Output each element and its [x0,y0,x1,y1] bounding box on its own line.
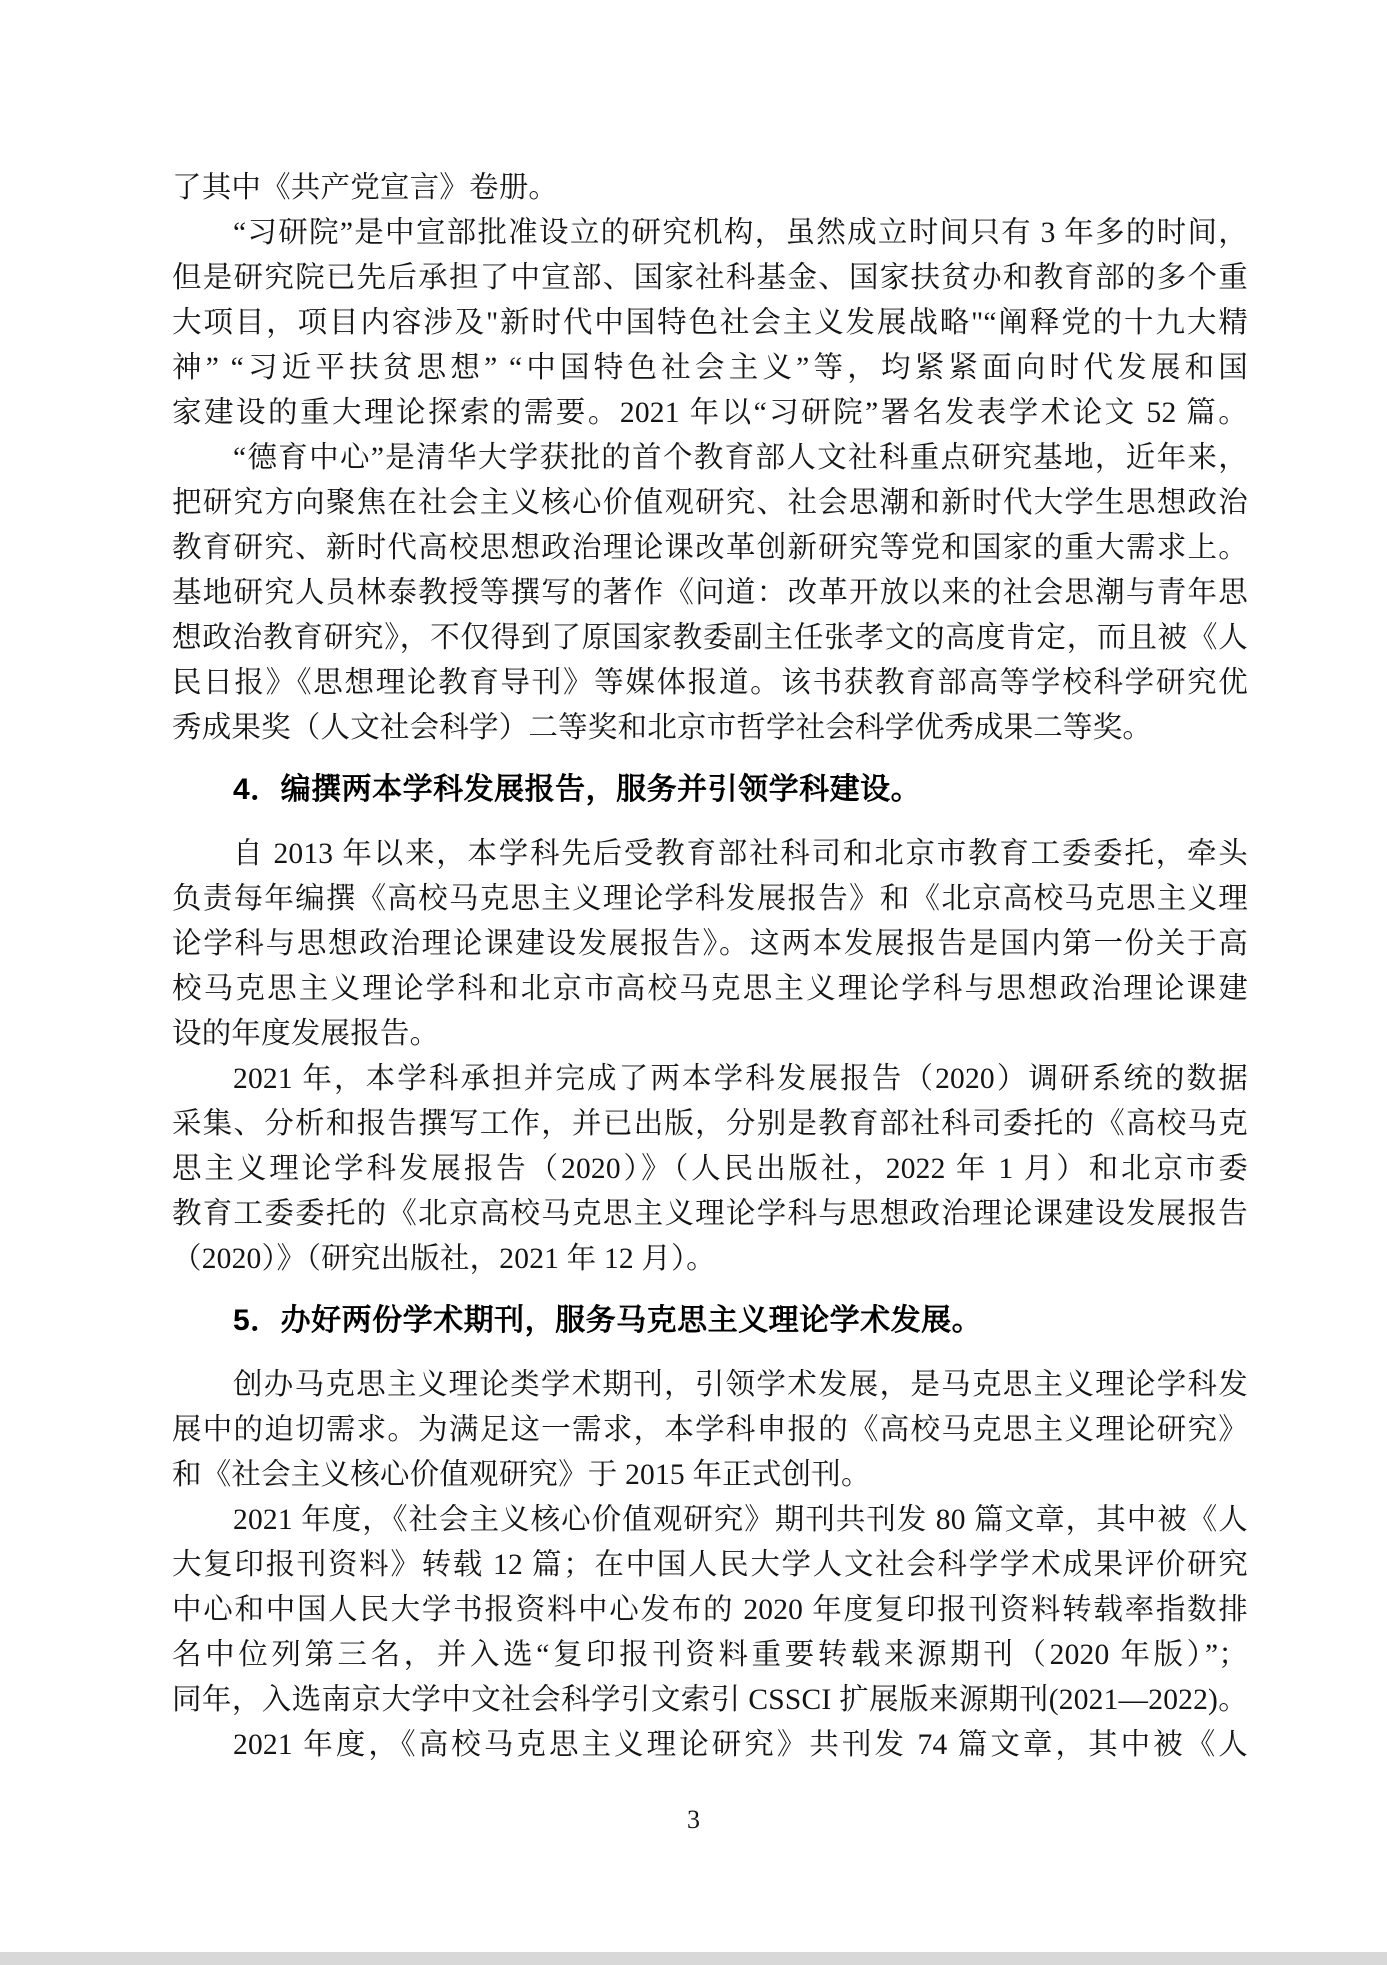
text-line: 基地研究人员林泰教授等撰写的著作《问道：改革开放以来的社会思潮与青年思 [172,571,1248,616]
page-number: 3 [0,1805,1387,1835]
text-line: 校马克思主义理论学科和北京市高校马克思主义理论学科与思想政治理论课建 [172,967,1248,1012]
text-line: 设的年度发展报告。 [172,1012,1248,1057]
text-line: 创办马克思主义理论类学术期刊，引领学术发展，是马克思主义理论学科发 [172,1363,1248,1408]
page-bottom-edge [0,1952,1387,1965]
text-line: “习研院”是中宣部批准设立的研究机构，虽然成立时间只有 3 年多的时间， [172,211,1248,256]
text-line: 家建设的重大理论探索的需要。2021 年以“习研院”署名发表学术论文 52 篇。 [172,391,1248,436]
text-line: 了其中《共产党宣言》卷册。 [172,166,1248,211]
text-line: 大复印报刊资料》转载 12 篇；在中国人民大学人文社会科学学术成果评价研究 [172,1543,1248,1588]
text-line: 想政治教育研究》，不仅得到了原国家教委副主任张孝文的高度肯定，而且被《人 [172,616,1248,661]
section-heading: 4．编撰两本学科发展报告，服务并引领学科建设。 [172,767,1248,812]
text-line: 把研究方向聚焦在社会主义核心价值观研究、社会思潮和新时代大学生思想政治 [172,481,1248,526]
text-line: 同年，入选南京大学中文社会科学引文索引 CSSCI 扩展版来源期刊(2021—2… [172,1678,1248,1723]
text-line: 民日报》《思想理论教育导刊》等媒体报道。该书获教育部高等学校科学研究优 [172,661,1248,706]
text-line: “德育中心”是清华大学获批的首个教育部人文社科重点研究基地，近年来， [172,436,1248,481]
text-line: 采集、分析和报告撰写工作，并已出版，分别是教育部社科司委托的《高校马克 [172,1102,1248,1147]
document-body: 了其中《共产党宣言》卷册。“习研院”是中宣部批准设立的研究机构，虽然成立时间只有… [172,166,1248,1768]
paragraph: 自 2013 年以来，本学科先后受教育部社科司和北京市教育工委委托，牵头负责每年… [172,832,1248,1057]
paragraph: 2021 年度，《社会主义核心价值观研究》期刊共刊发 80 篇文章，其中被《人大… [172,1498,1248,1723]
text-line: （2020）》（研究出版社，2021 年 12 月）。 [172,1237,1248,1282]
text-line: 展中的迫切需求。为满足这一需求，本学科申报的《高校马克思主义理论研究》 [172,1408,1248,1453]
text-line: 秀成果奖（人文社会科学）二等奖和北京市哲学社会科学优秀成果二等奖。 [172,706,1248,751]
text-line: 思主义理论学科发展报告（2020）》（人民出版社，2022 年 1 月）和北京市… [172,1147,1248,1192]
text-line: 2021 年，本学科承担并完成了两本学科发展报告（2020）调研系统的数据 [172,1057,1248,1102]
text-line: 教育研究、新时代高校思想政治理论课改革创新研究等党和国家的重大需求上。 [172,526,1248,571]
text-line: 大项目，项目内容涉及"新时代中国特色社会主义发展战略"“阐释党的十九大精 [172,301,1248,346]
text-line: 2021 年度，《社会主义核心价值观研究》期刊共刊发 80 篇文章，其中被《人 [172,1498,1248,1543]
text-line: 神” “习近平扶贫思想” “中国特色社会主义”等，均紧紧面向时代发展和国 [172,346,1248,391]
paragraph: 2021 年，本学科承担并完成了两本学科发展报告（2020）调研系统的数据采集、… [172,1057,1248,1282]
paragraph: “习研院”是中宣部批准设立的研究机构，虽然成立时间只有 3 年多的时间，但是研究… [172,211,1248,436]
text-line: 但是研究院已先后承担了中宣部、国家社科基金、国家扶贫办和教育部的多个重 [172,256,1248,301]
text-line: 自 2013 年以来，本学科先后受教育部社科司和北京市教育工委委托，牵头 [172,832,1248,877]
text-line: 负责每年编撰《高校马克思主义理论学科发展报告》和《北京高校马克思主义理 [172,877,1248,922]
text-line: 论学科与思想政治理论课建设发展报告》。这两本发展报告是国内第一份关于高 [172,922,1248,967]
section-heading: 5．办好两份学术期刊，服务马克思主义理论学术发展。 [172,1298,1248,1343]
text-line: 2021 年度，《高校马克思主义理论研究》共刊发 74 篇文章，其中被《人 [172,1723,1248,1768]
paragraph: 2021 年度，《高校马克思主义理论研究》共刊发 74 篇文章，其中被《人 [172,1723,1248,1768]
text-line: 教育工委委托的《北京高校马克思主义理论学科与思想政治理论课建设发展报告 [172,1192,1248,1237]
text-line: 和《社会主义核心价值观研究》于 2015 年正式创刊。 [172,1453,1248,1498]
paragraph: “德育中心”是清华大学获批的首个教育部人文社科重点研究基地，近年来，把研究方向聚… [172,436,1248,751]
paragraph: 了其中《共产党宣言》卷册。 [172,166,1248,211]
text-line: 中心和中国人民大学书报资料中心发布的 2020 年度复印报刊资料转载率指数排 [172,1588,1248,1633]
text-line: 名中位列第三名，并入选“复印报刊资料重要转载来源期刊（2020 年版）”； [172,1633,1248,1678]
paragraph: 创办马克思主义理论类学术期刊，引领学术发展，是马克思主义理论学科发展中的迫切需求… [172,1363,1248,1498]
